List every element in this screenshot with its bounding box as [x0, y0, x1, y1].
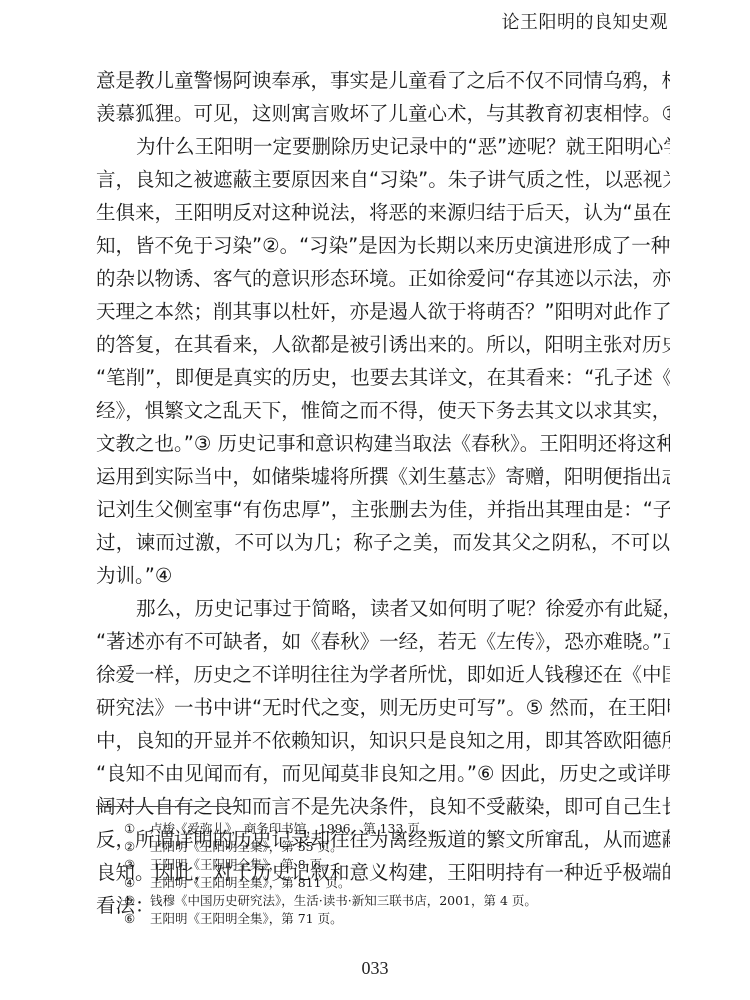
footnote-item: ⑥王阳明《王阳明全集》，第 71 页。	[124, 910, 537, 928]
text-line: 中，良知的开显并不依赖知识，知识只是良知之用，即其答欧阳德所云：	[96, 724, 670, 757]
text-line: 过，谏而过激，不可以为几；称子之美，而发其父之阴私，不可以	[96, 526, 670, 559]
text-line: 徐爱一样，历史之不详明往往为学者所忧，即如近人钱穆还在《中国历史	[96, 658, 670, 691]
text-line: 知，皆不免于习染”②。“习染”是因为长期以来历史演进形成了一种特定	[96, 229, 670, 262]
footnotes: ①卢梭《爱弥儿》，商务印书馆，1996，第 133 页。 ②王阳明《王阳明全集》…	[124, 820, 537, 928]
footnote-number: ②	[124, 838, 150, 856]
text-line: 的杂以物诱、客气的意识形态环境。正如徐爱问“存其迹以示法，亦是存	[96, 262, 670, 295]
footnote-item: ③王阳明《王阳明全集》，第 8 页。	[124, 856, 537, 874]
footnote-text: 王阳明《王阳明全集》，第 8 页。	[150, 857, 335, 872]
footnote-number: ①	[124, 820, 150, 838]
running-head-title: 论王阳明的良知史观	[502, 8, 669, 34]
text-line: 经》，惧繁文之乱天下，惟简之而不得，使天下务去其文以求其实，非以	[96, 394, 670, 427]
text-line: “著述亦有不可缺者，如《春秋》一经，若无《左传》，恐亦难晓。”正如	[96, 625, 670, 658]
footnote-number: ③	[124, 856, 150, 874]
footnote-number: ⑤	[124, 892, 150, 910]
text-line: 文教之也。”③ 历史记事和意识构建当取法《春秋》。王阳明还将这种构想	[96, 427, 670, 460]
text-line: 为什么王阳明一定要删除历史记录中的“恶”迹呢？就王阳明心学而	[96, 130, 670, 163]
text-line: 羡慕狐狸。可见，这则寓言败坏了儿童心术，与其教育初衷相悖。①	[96, 97, 670, 130]
footnote-item: ①卢梭《爱弥儿》，商务印书馆，1996，第 133 页。	[124, 820, 537, 838]
footnote-separator	[96, 806, 238, 807]
footnote-text: 王阳明《王阳明全集》，第 55 页。	[150, 839, 343, 854]
text-line: 运用到实际当中，如储柴墟将所撰《刘生墓志》寄赠，阳明便指出志中所	[96, 460, 670, 493]
text-line: “笔削”，即便是真实的历史，也要去其详文，在其看来：“孔子述《六	[96, 361, 670, 394]
text-line: 言，良知之被遮蔽主要原因来自“习染”。朱子讲气质之性，以恶视为与	[96, 163, 670, 196]
footnote-item: ④王阳明《王阳明全集》，第 811 页。	[124, 874, 537, 892]
footnote-item: ②王阳明《王阳明全集》，第 55 页。	[124, 838, 537, 856]
text-line: 天理之本然；削其事以杜奸，亦是遏人欲于将萌否？”阳明对此作了肯定	[96, 295, 670, 328]
footnote-text: 卢梭《爱弥儿》，商务印书馆，1996，第 133 页。	[150, 821, 432, 836]
text-line: 生俱来，王阳明反对这种说法，将恶的来源归结于后天，认为“虽在贤	[96, 196, 670, 229]
text-line: 记刘生父侧室事“有伤忠厚”，主张删去为佳，并指出其理由是：“子于父	[96, 493, 670, 526]
footnote-text: 钱穆《中国历史研究法》，生活·读书·新知三联书店，2001，第 4 页。	[150, 893, 537, 908]
footnote-text: 王阳明《王阳明全集》，第 811 页。	[150, 875, 351, 890]
body-text: 意是教儿童警惕阿谀奉承，事实是儿童看了之后不仅不同情乌鸦，相反却 羡慕狐狸。可见…	[96, 64, 670, 922]
footnote-text: 王阳明《王阳明全集》，第 71 页。	[150, 911, 343, 926]
page-number: 033	[0, 958, 750, 979]
footnote-number: ④	[124, 874, 150, 892]
text-line: 的答复，在其看来，人欲都是被引诱出来的。所以，阳明主张对历史文献	[96, 328, 670, 361]
text-line: “良知不由见闻而有，而见闻莫非良知之用。”⑥ 因此，历史之或详明、疏	[96, 757, 670, 790]
footnote-number: ⑥	[124, 910, 150, 928]
text-line: 意是教儿童警惕阿谀奉承，事实是儿童看了之后不仅不同情乌鸦，相反却	[96, 64, 670, 97]
text-line: 研究法》一书中讲“无时代之变，则无历史可写”。⑤ 然而，在王阳明心学	[96, 691, 670, 724]
text-line: 那么，历史记事过于简略，读者又如何明了呢？徐爱亦有此疑，说：	[96, 592, 670, 625]
text-line: 为训。”④	[96, 559, 670, 592]
footnote-item: ⑤钱穆《中国历史研究法》，生活·读书·新知三联书店，2001，第 4 页。	[124, 892, 537, 910]
